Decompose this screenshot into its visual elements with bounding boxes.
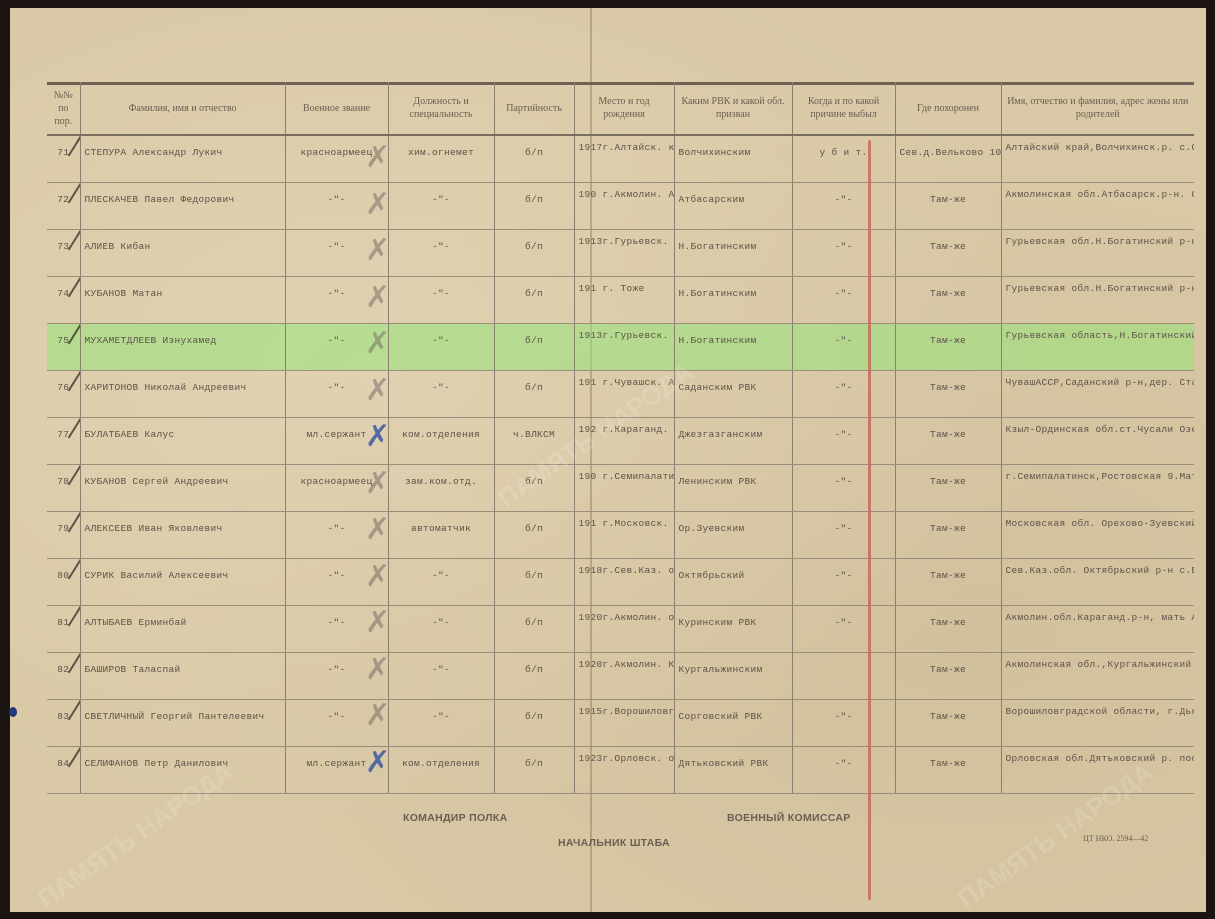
cell-row-number: 71 (47, 135, 80, 183)
cell-row-number: 75 (47, 324, 80, 371)
draft-office-text: Сорговский РВК (679, 711, 763, 722)
cell-military-rank: -"- (285, 183, 388, 230)
military-rank-text: красноармеец (300, 476, 372, 487)
military-rank-text: -"- (327, 617, 345, 628)
full-name-text: БУЛАТБАЕВ Калус (85, 429, 175, 440)
cell-full-name: БАШИРОВ Таласпай (80, 653, 285, 700)
cell-row-number: 84 (47, 747, 80, 794)
birth-place-text: 190 г.Семипалатинск,Ростовская н.9. (579, 471, 675, 482)
relatives-address-text: Гурьевская обл.Н.Богатинский р-н,Айбасов… (1006, 283, 1195, 294)
signature-commander: КОМАНДИР ПОЛКА (403, 812, 507, 824)
cell-departure-reason: -"- (792, 700, 895, 747)
position-text: зам.ком.отд. (405, 476, 477, 487)
military-rank-text: -"- (327, 570, 345, 581)
cell-birth-place: 191 г.Московск. об.Орехово-Зуевский р-н. (574, 512, 674, 559)
position-text: -"- (432, 570, 450, 581)
birth-place-text: 191 г.Московск. об.Орехово-Зуевский р-н. (579, 518, 675, 529)
burial-place-text: Там-же (930, 382, 966, 393)
cell-full-name: АЛИЕВ Кибан (80, 230, 285, 277)
position-text: ком.отделения (402, 429, 480, 440)
military-rank-text: мл.сержант (306, 429, 366, 440)
cell-full-name: КУБАНОВ Матан (80, 277, 285, 324)
table-row: 73АЛИЕВ Кибан-"--"-б/п1913г.Гурьевск. Н.… (47, 230, 1194, 277)
party-text: б/п (525, 335, 543, 346)
cell-birth-place: 190 г.Акмолин. Атбасарск.р-н (574, 183, 674, 230)
pencil-tick-mark (68, 277, 80, 298)
cell-burial-place: Там-же (895, 559, 1001, 606)
cell-position: -"- (388, 700, 494, 747)
cell-military-rank: красноармеец (285, 465, 388, 512)
cell-relatives-address: Ворошиловградской области, г.Дьяково,Кар… (1001, 700, 1194, 747)
relatives-address-text: ЧувашАССР,Саданский р-н,дер. Старые Шумч… (1006, 377, 1195, 388)
cell-relatives-address: Кзыл-Ординская обл.ст.Чусали Озерная 1.О… (1001, 418, 1194, 465)
departure-reason-text: -"- (834, 194, 852, 205)
burial-place-text: Там-же (930, 429, 966, 440)
cell-draft-office: Куринским РВК (674, 606, 792, 653)
pencil-tick-mark (68, 230, 80, 251)
burial-place-text: Там-же (930, 664, 966, 675)
burial-place-text: Там-же (930, 570, 966, 581)
pencil-tick-mark (68, 700, 80, 721)
cell-party: ч.ВЛКСМ (494, 418, 574, 465)
pencil-tick-mark (68, 559, 80, 580)
relatives-address-text: Алтайский край,Волчихинск.р. с.Острово.М… (1006, 142, 1195, 153)
table-row: 82БАШИРОВ Таласпай-"--"-б/п1920г.Акмолин… (47, 653, 1194, 700)
row-number-text: 75 (57, 335, 69, 346)
table-row: 79АЛЕКСЕЕВ Иван Яковлевич-"-автоматчикб/… (47, 512, 1194, 559)
departure-reason-text: -"- (834, 429, 852, 440)
departure-reason-text: у б и т. (819, 147, 867, 158)
cell-draft-office: Волчихинским (674, 135, 792, 183)
cell-military-rank: -"- (285, 371, 388, 418)
cell-position: -"- (388, 230, 494, 277)
burial-place-text: Там-же (930, 335, 966, 346)
cell-departure-reason: -"- (792, 183, 895, 230)
cell-draft-office: Ленинским РВК (674, 465, 792, 512)
departure-reason-text: -"- (834, 241, 852, 252)
pencil-tick-mark (68, 653, 80, 674)
cell-military-rank: мл.сержант (285, 418, 388, 465)
pencil-tick-mark (68, 512, 80, 533)
birth-place-text: 1920г.Акмолин. обл.Куринск.р. (579, 612, 675, 623)
relatives-address-text: Акмолин.обл.Караганд.р-н, мать Алтыбаева… (1006, 612, 1195, 623)
cell-departure-reason: -"- (792, 230, 895, 277)
cell-party: б/п (494, 277, 574, 324)
departure-reason-text: -"- (834, 758, 852, 769)
table-row: 77БУЛАТБАЕВ Калусмл.сержантком.отделения… (47, 418, 1194, 465)
cell-party: б/п (494, 230, 574, 277)
military-rank-text: -"- (327, 523, 345, 534)
relatives-address-text: Ворошиловградской области, г.Дьяково,Кар… (1006, 706, 1195, 717)
position-text: -"- (432, 335, 450, 346)
cell-party: б/п (494, 371, 574, 418)
party-text: б/п (525, 664, 543, 675)
draft-office-text: Октябрьский (679, 570, 745, 581)
table-row: 83СВЕТЛИЧНЫЙ Георгий Пантелеевич-"--"-б/… (47, 700, 1194, 747)
birth-place-text: 192 г.Караганд. Джезгазганск. (579, 424, 675, 435)
burial-place-text: Там-же (930, 711, 966, 722)
relatives-address-text: г.Семипалатинск,Ростовская 9.Мать Кубано… (1006, 471, 1195, 482)
cell-draft-office: Н.Богатинским (674, 230, 792, 277)
cell-military-rank: -"- (285, 324, 388, 371)
cell-burial-place: Там-же (895, 418, 1001, 465)
party-text: б/п (525, 147, 543, 158)
cell-military-rank: -"- (285, 277, 388, 324)
cell-position: -"- (388, 371, 494, 418)
full-name-text: КУБАНОВ Матан (85, 288, 163, 299)
table-row: 78КУБАНОВ Сергей Андреевичкрасноармеецза… (47, 465, 1194, 512)
cell-burial-place: Там-же (895, 606, 1001, 653)
cell-relatives-address: Гурьевская обл.Н.Богатинский р-н,Миштубе… (1001, 230, 1194, 277)
pencil-tick-mark (68, 747, 80, 768)
full-name-text: СТЕПУРА Александр Лукич (85, 147, 223, 158)
header-rvk: Каким РВК и какой обл. призван (674, 82, 792, 135)
cell-party: б/п (494, 700, 574, 747)
position-text: автоматчик (411, 523, 471, 534)
relatives-address-text: Московская обл. Орехово-Зуевский р-н д.М… (1006, 518, 1195, 529)
cell-birth-place: 1913г.Гурьевск. Н.Богат.район (574, 324, 674, 371)
casualty-table: №№ по пор. Фамилия, имя и отчество Военн… (47, 82, 1194, 794)
party-text: б/п (525, 194, 543, 205)
row-number-text: 83 (57, 711, 69, 722)
draft-office-text: Ор.Зуевским (679, 523, 745, 534)
cell-position: зам.ком.отд. (388, 465, 494, 512)
draft-office-text: Дятьковский РВК (679, 758, 769, 769)
position-text: -"- (432, 617, 450, 628)
cell-row-number: 79 (47, 512, 80, 559)
cell-party: б/п (494, 747, 574, 794)
party-text: б/п (525, 382, 543, 393)
table-header-row: №№ по пор. Фамилия, имя и отчество Военн… (47, 82, 1194, 135)
header-full-name: Фамилия, имя и отчество (80, 82, 285, 135)
draft-office-text: Джезгазганским (679, 429, 763, 440)
cell-full-name: АЛТЫБАЕВ Ерминбай (80, 606, 285, 653)
row-number-text: 84 (57, 758, 69, 769)
row-number-text: 82 (57, 664, 69, 675)
cell-full-name: СТЕПУРА Александр Лукич (80, 135, 285, 183)
cell-military-rank: -"- (285, 230, 388, 277)
cell-draft-office: Октябрьский (674, 559, 792, 606)
burial-place-text: Там-же (930, 523, 966, 534)
cell-position: -"- (388, 559, 494, 606)
position-text: -"- (432, 711, 450, 722)
signature-chief-of-staff: НАЧАЛЬНИК ШТАБА (558, 837, 670, 849)
cell-position: ком.отделения (388, 747, 494, 794)
birth-place-text: 1923г.Орловск. обл.Дятьковск.р (579, 753, 675, 764)
departure-reason-text: -"- (834, 335, 852, 346)
draft-office-text: Н.Богатинским (679, 288, 757, 299)
cell-burial-place: Там-же (895, 747, 1001, 794)
full-name-text: БАШИРОВ Таласпай (85, 664, 181, 675)
cell-party: б/п (494, 606, 574, 653)
full-name-text: СУРИК Василий Алексеевич (85, 570, 229, 581)
row-number-text: 81 (57, 617, 69, 628)
cell-full-name: БУЛАТБАЕВ Калус (80, 418, 285, 465)
cell-burial-place: Там-же (895, 512, 1001, 559)
cell-position: ком.отделения (388, 418, 494, 465)
cell-party: б/п (494, 324, 574, 371)
pencil-tick-mark (68, 183, 80, 204)
party-text: б/п (525, 288, 543, 299)
cell-row-number: 73 (47, 230, 80, 277)
pencil-tick-mark (68, 606, 80, 627)
cell-relatives-address: Сев.Каз.обл. Октябрьский р-н с.Виноградо… (1001, 559, 1194, 606)
header-buried: Где похоронен (895, 82, 1001, 135)
burial-place-text: Там-же (930, 241, 966, 252)
full-name-text: АЛИЕВ Кибан (85, 241, 151, 252)
cell-party: б/п (494, 135, 574, 183)
party-text: б/п (525, 476, 543, 487)
cell-burial-place: Там-же (895, 183, 1001, 230)
cell-departure-reason: у б и т. (792, 135, 895, 183)
cell-draft-office: Джезгазганским (674, 418, 792, 465)
row-number-text: 77 (57, 429, 69, 440)
cell-full-name: СВЕТЛИЧНЫЙ Георгий Пантелеевич (80, 700, 285, 747)
casualty-list-table: №№ по пор. Фамилия, имя и отчество Военн… (47, 82, 1194, 794)
burial-place-text: Там-же (930, 476, 966, 487)
cell-row-number: 72 (47, 183, 80, 230)
party-text: б/п (525, 241, 543, 252)
cell-relatives-address: Гурьевская область,Н.Богатинский р-н,Ура… (1001, 324, 1194, 371)
cell-position: -"- (388, 606, 494, 653)
position-text: ком.отделения (402, 758, 480, 769)
cell-relatives-address: Алтайский край,Волчихинск.р. с.Острово.М… (1001, 135, 1194, 183)
cell-row-number: 80 (47, 559, 80, 606)
full-name-text: СВЕТЛИЧНЫЙ Георгий Пантелеевич (85, 711, 265, 722)
cell-draft-office: Саданским РВК (674, 371, 792, 418)
header-rank: Военное звание (285, 82, 388, 135)
cell-departure-reason: -"- (792, 465, 895, 512)
cell-departure-reason: -"- (792, 371, 895, 418)
draft-office-text: Кургальжинским (679, 664, 763, 675)
binding-mark (9, 707, 17, 717)
cell-full-name: КУБАНОВ Сергей Андреевич (80, 465, 285, 512)
cell-relatives-address: Орловская обл.Дятьковский р. пос.Ивоть,П… (1001, 747, 1194, 794)
cell-military-rank: мл.сержант (285, 747, 388, 794)
burial-place-text: Там-же (930, 288, 966, 299)
cell-full-name: ХАРИТОНОВ Николай Андреевич (80, 371, 285, 418)
header-number: №№ по пор. (47, 82, 80, 135)
cell-military-rank: -"- (285, 559, 388, 606)
cell-party: б/п (494, 653, 574, 700)
cell-military-rank: -"- (285, 700, 388, 747)
cell-row-number: 83 (47, 700, 80, 747)
birth-place-text: 191 г.Чувашск. АССР.Саданск.р. (579, 377, 675, 388)
relatives-address-text: Сев.Каз.обл. Октябрьский р-н с.Виноградо… (1006, 565, 1195, 576)
cell-birth-place: 1920г.Акмолин. обл.Куринск.р. (574, 606, 674, 653)
full-name-text: МУХАМЕТДЛЕЕВ Изнухамед (85, 335, 217, 346)
departure-reason-text: -"- (834, 711, 852, 722)
party-text: б/п (525, 758, 543, 769)
birth-place-text: 1917г.Алтайск. кр.Волчихин.р. (579, 142, 675, 153)
departure-reason-text: -"- (834, 382, 852, 393)
draft-office-text: Саданским РВК (679, 382, 757, 393)
party-text: б/п (525, 617, 543, 628)
cell-draft-office: Дятьковский РВК (674, 747, 792, 794)
row-number-text: 76 (57, 382, 69, 393)
cell-relatives-address: Акмолинская обл.Атбасарск.р-н. С.Н.Алекс… (1001, 183, 1194, 230)
draft-office-text: Атбасарским (679, 194, 745, 205)
row-number-text: 80 (57, 570, 69, 581)
military-rank-text: -"- (327, 664, 345, 675)
row-number-text: 79 (57, 523, 69, 534)
cell-burial-place: Там-же (895, 653, 1001, 700)
cell-military-rank: -"- (285, 606, 388, 653)
cell-position: -"- (388, 183, 494, 230)
draft-office-text: Куринским РВК (679, 617, 757, 628)
military-rank-text: красноармеец (300, 147, 372, 158)
red-pencil-line (868, 140, 871, 900)
pencil-tick-mark (68, 371, 80, 392)
table-row: 76ХАРИТОНОВ Николай Андреевич-"--"-б/п19… (47, 371, 1194, 418)
cell-departure-reason: -"- (792, 324, 895, 371)
table-row: 84СЕЛИФАНОВ Петр Даниловичмл.сержантком.… (47, 747, 1194, 794)
birth-place-text: 191 г. Тоже (579, 283, 645, 294)
cell-birth-place: 191 г.Чувашск. АССР.Саданск.р. (574, 371, 674, 418)
cell-birth-place: 190 г.Семипалатинск,Ростовская н.9. (574, 465, 674, 512)
cell-military-rank: -"- (285, 512, 388, 559)
position-text: -"- (432, 194, 450, 205)
pencil-tick-mark (68, 418, 80, 439)
row-number-text: 71 (57, 147, 69, 158)
position-text: -"- (432, 288, 450, 299)
military-rank-text: -"- (327, 288, 345, 299)
header-position: Должность и специальность (388, 82, 494, 135)
cell-departure-reason (792, 653, 895, 700)
cell-party: б/п (494, 465, 574, 512)
cell-position: хим.огнемет (388, 135, 494, 183)
cell-departure-reason: -"- (792, 277, 895, 324)
cell-draft-office: Н.Богатинским (674, 277, 792, 324)
row-number-text: 73 (57, 241, 69, 252)
pencil-tick-mark (68, 135, 80, 156)
party-text: б/п (525, 523, 543, 534)
birth-place-text: 1918г.Сев.Каз. обл.Октябрьск. (579, 565, 675, 576)
cell-position: автоматчик (388, 512, 494, 559)
cell-departure-reason: -"- (792, 559, 895, 606)
cell-full-name: СУРИК Василий Алексеевич (80, 559, 285, 606)
cell-birth-place: 1917г.Алтайск. кр.Волчихин.р. (574, 135, 674, 183)
departure-reason-text: -"- (834, 570, 852, 581)
cell-draft-office: Ор.Зуевским (674, 512, 792, 559)
departure-reason-text: -"- (834, 617, 852, 628)
form-code: ЦТ НКО. 2594—42 (1083, 834, 1148, 843)
cell-birth-place: 1923г.Орловск. обл.Дятьковск.р (574, 747, 674, 794)
cell-position: -"- (388, 653, 494, 700)
cell-departure-reason: -"- (792, 747, 895, 794)
draft-office-text: Ленинским РВК (679, 476, 757, 487)
draft-office-text: Волчихинским (679, 147, 751, 158)
cell-relatives-address: Акмолин.обл.Караганд.р-н, мать Алтыбаева… (1001, 606, 1194, 653)
cell-relatives-address: Акмолинская обл.,Кургальжинский р-н,Канд… (1001, 653, 1194, 700)
cell-row-number: 77 (47, 418, 80, 465)
cell-birth-place: 1915г.Ворошиловградской об. Сорговский р… (574, 700, 674, 747)
cell-row-number: 78 (47, 465, 80, 512)
cell-departure-reason: -"- (792, 606, 895, 653)
table-row: 74КУБАНОВ Матан-"--"-б/п191 г. ТожеН.Бог… (47, 277, 1194, 324)
cell-row-number: 74 (47, 277, 80, 324)
cell-relatives-address: Московская обл. Орехово-Зуевский р-н д.М… (1001, 512, 1194, 559)
row-number-text: 74 (57, 288, 69, 299)
cell-position: -"- (388, 277, 494, 324)
relatives-address-text: Гурьевская обл.Н.Богатинский р-н,Миштубе… (1006, 236, 1195, 247)
military-rank-text: -"- (327, 711, 345, 722)
full-name-text: КУБАНОВ Сергей Андреевич (85, 476, 229, 487)
table-row: 80СУРИК Василий Алексеевич-"--"-б/п1918г… (47, 559, 1194, 606)
cell-burial-place: Там-же (895, 324, 1001, 371)
header-birth: Место и год рождения (574, 82, 674, 135)
position-text: -"- (432, 664, 450, 675)
full-name-text: СЕЛИФАНОВ Петр Данилович (85, 758, 229, 769)
table-row: 72ПЛЕСКАЧЕВ Павел Федорович-"--"-б/п190 … (47, 183, 1194, 230)
military-rank-text: -"- (327, 241, 345, 252)
full-name-text: ХАРИТОНОВ Николай Андреевич (85, 382, 247, 393)
departure-reason-text: -"- (834, 288, 852, 299)
birth-place-text: 1913г.Гурьевск. Н.Богат.р-н. (579, 236, 675, 247)
cell-birth-place: 1918г.Сев.Каз. обл.Октябрьск. (574, 559, 674, 606)
burial-place-text: Сев.д.Вельково 100 метров (900, 147, 1002, 158)
burial-place-text: Там-же (930, 758, 966, 769)
pencil-tick-mark (68, 465, 80, 486)
header-reason: Когда и по какой причине выбыл (792, 82, 895, 135)
row-number-text: 72 (57, 194, 69, 205)
cell-burial-place: Там-же (895, 230, 1001, 277)
cell-full-name: ПЛЕСКАЧЕВ Павел Федорович (80, 183, 285, 230)
burial-place-text: Там-же (930, 617, 966, 628)
cell-draft-office: Сорговский РВК (674, 700, 792, 747)
cell-burial-place: Там-же (895, 465, 1001, 512)
cell-birth-place: 1913г.Гурьевск. Н.Богат.р-н. (574, 230, 674, 277)
cell-burial-place: Сев.д.Вельково 100 метров (895, 135, 1001, 183)
draft-office-text: Н.Богатинским (679, 241, 757, 252)
cell-birth-place: 1920г.Акмолин. Кургальджин.р. (574, 653, 674, 700)
relatives-address-text: Гурьевская область,Н.Богатинский р-н,Ура… (1006, 330, 1195, 341)
draft-office-text: Н.Богатинским (679, 335, 757, 346)
birth-place-text: 1920г.Акмолин. Кургальджин.р. (579, 659, 675, 670)
cell-party: б/п (494, 559, 574, 606)
military-rank-text: -"- (327, 194, 345, 205)
full-name-text: АЛЕКСЕЕВ Иван Яковлевич (85, 523, 223, 534)
table-row: 75МУХАМЕТДЛЕЕВ Изнухамед-"--"-б/п1913г.Г… (47, 324, 1194, 371)
relatives-address-text: Акмолинская обл.Атбасарск.р-н. С.Н.Алекс… (1006, 189, 1195, 200)
signature-commissar: ВОЕННЫЙ КОМИССАР (727, 812, 851, 824)
party-text: б/п (525, 570, 543, 581)
cell-row-number: 82 (47, 653, 80, 700)
position-text: -"- (432, 382, 450, 393)
cell-departure-reason: -"- (792, 418, 895, 465)
header-party: Партийность (494, 82, 574, 135)
cell-military-rank: красноармеец (285, 135, 388, 183)
cell-birth-place: 192 г.Караганд. Джезгазганск. (574, 418, 674, 465)
cell-full-name: СЕЛИФАНОВ Петр Данилович (80, 747, 285, 794)
cell-draft-office: Н.Богатинским (674, 324, 792, 371)
birth-place-text: 1915г.Ворошиловградской об. Сорговский р… (579, 706, 675, 717)
birth-place-text: 1913г.Гурьевск. Н.Богат.район (579, 330, 675, 341)
full-name-text: ПЛЕСКАЧЕВ Павел Федорович (85, 194, 235, 205)
header-relatives: Имя, отчество и фамилия, адрес жены или … (1001, 82, 1194, 135)
cell-birth-place: 191 г. Тоже (574, 277, 674, 324)
cell-draft-office: Кургальжинским (674, 653, 792, 700)
departure-reason-text: -"- (834, 476, 852, 487)
cell-burial-place: Там-же (895, 371, 1001, 418)
cell-burial-place: Там-же (895, 277, 1001, 324)
cell-row-number: 76 (47, 371, 80, 418)
table-row: 71СТЕПУРА Александр Лукичкрасноармеецхим… (47, 135, 1194, 183)
cell-full-name: МУХАМЕТДЛЕЕВ Изнухамед (80, 324, 285, 371)
table-row: 81АЛТЫБАЕВ Ерминбай-"--"-б/п1920г.Акмоли… (47, 606, 1194, 653)
cell-burial-place: Там-же (895, 700, 1001, 747)
burial-place-text: Там-же (930, 194, 966, 205)
